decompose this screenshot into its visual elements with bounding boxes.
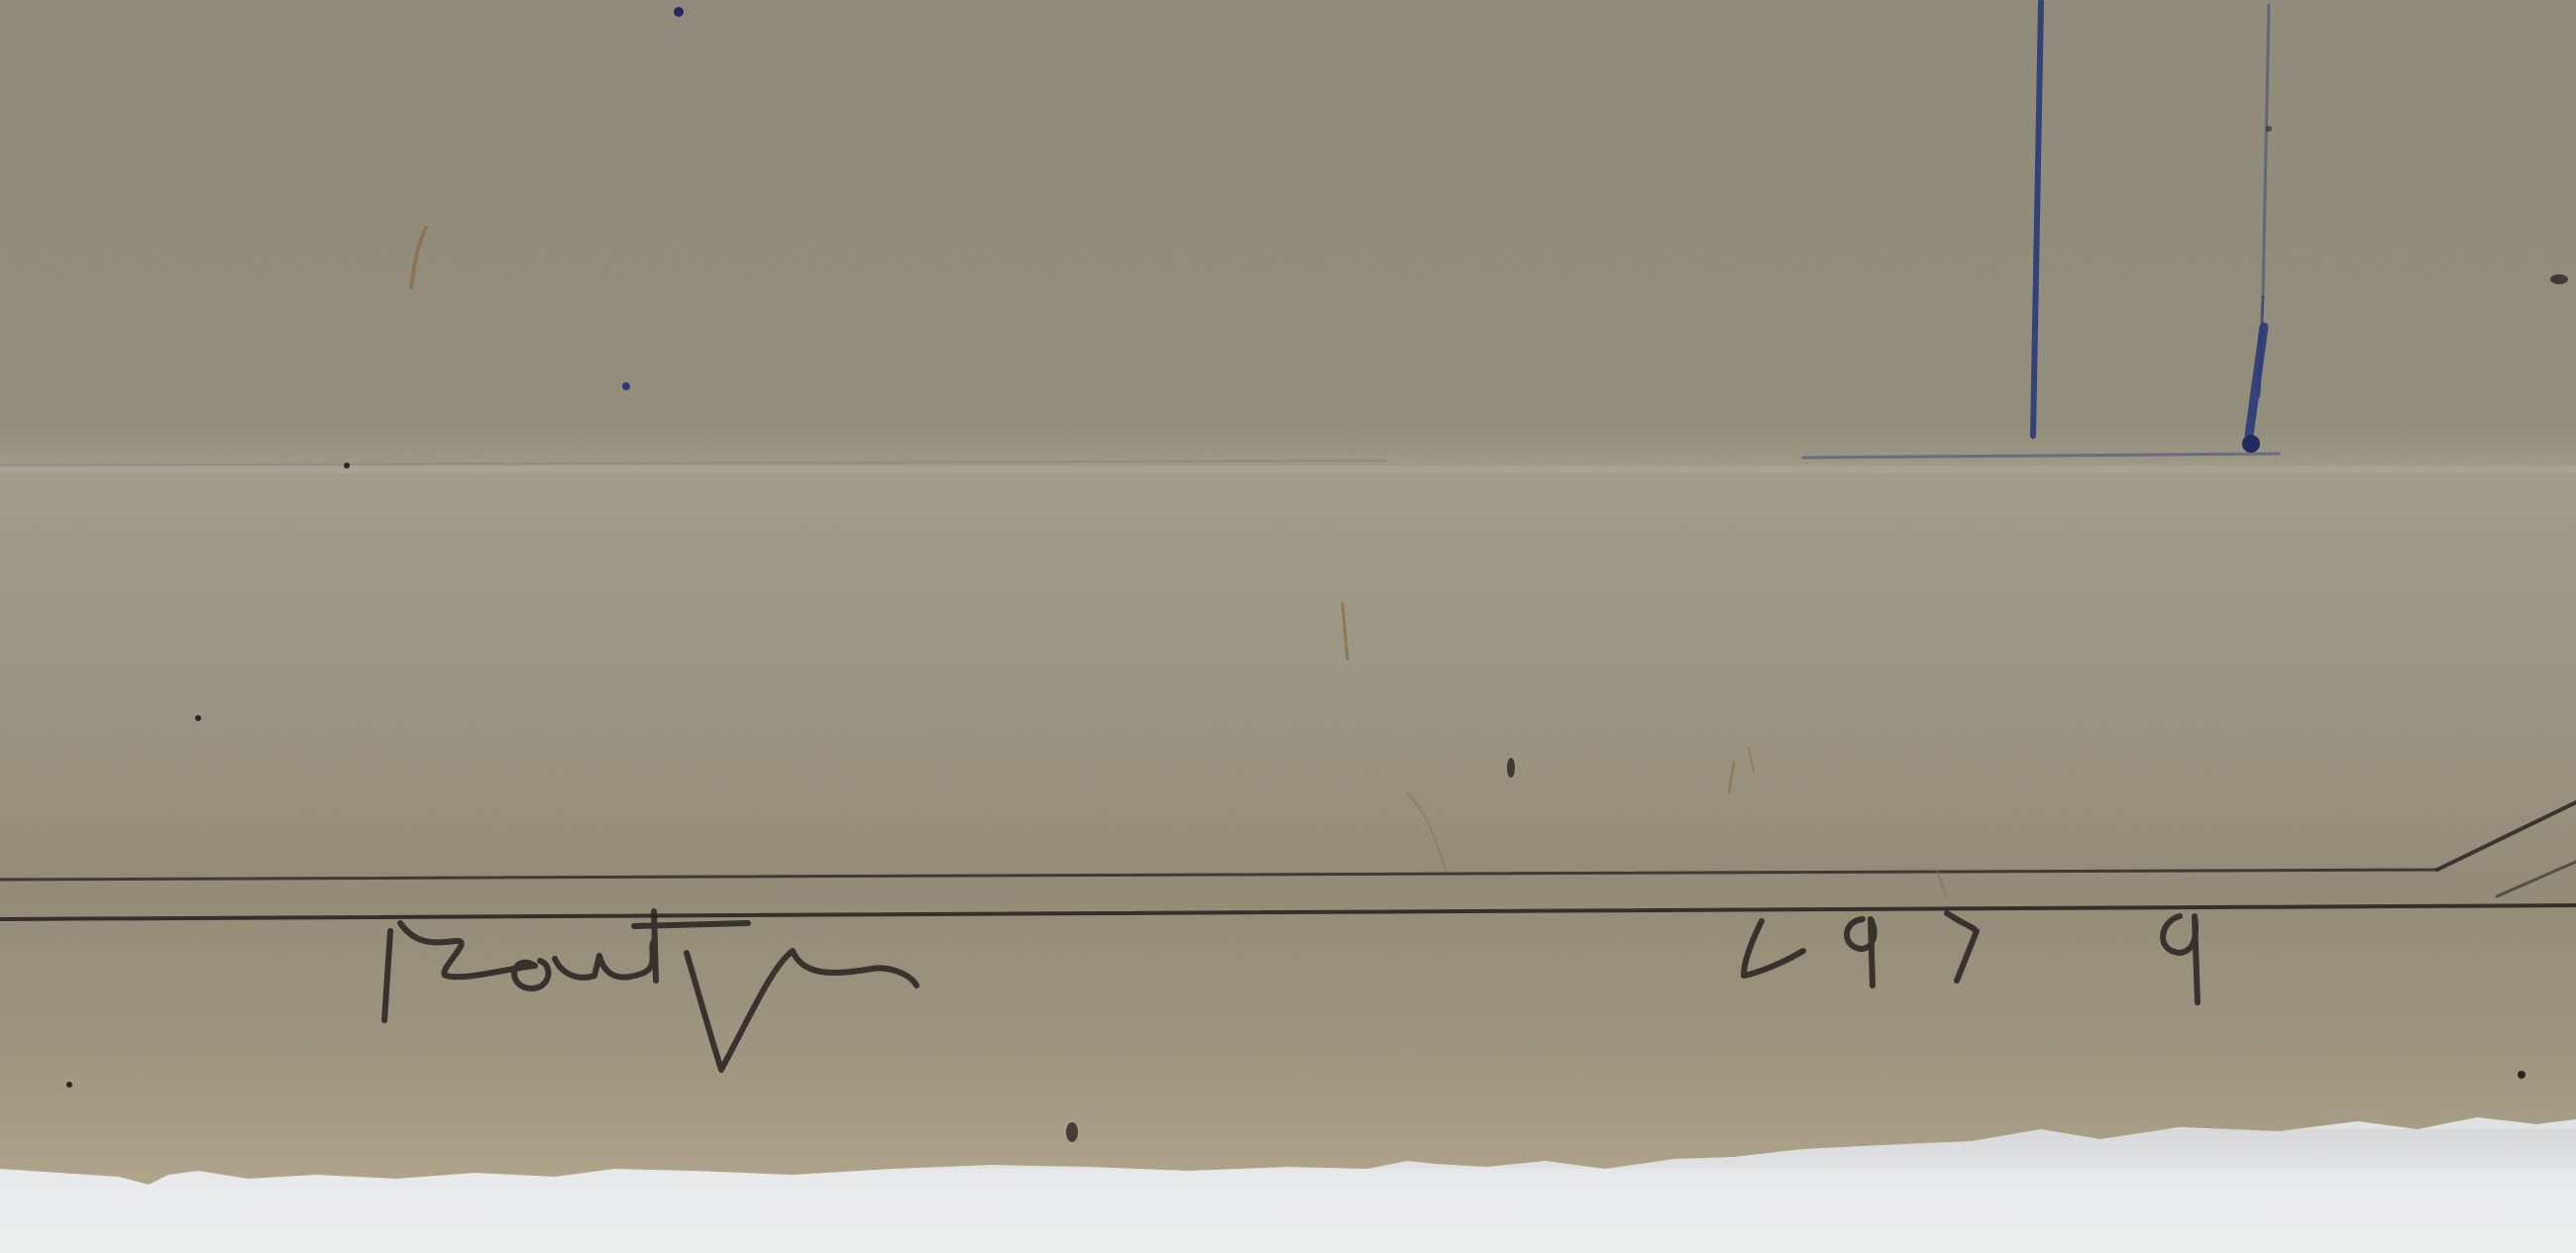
aged-paper-sheet xyxy=(0,0,2576,1253)
date-text: 1979 xyxy=(1744,921,1747,922)
artwork-photo: Fontyn 1979 xyxy=(0,0,2576,1253)
signature-text: Fontyn xyxy=(376,921,379,922)
